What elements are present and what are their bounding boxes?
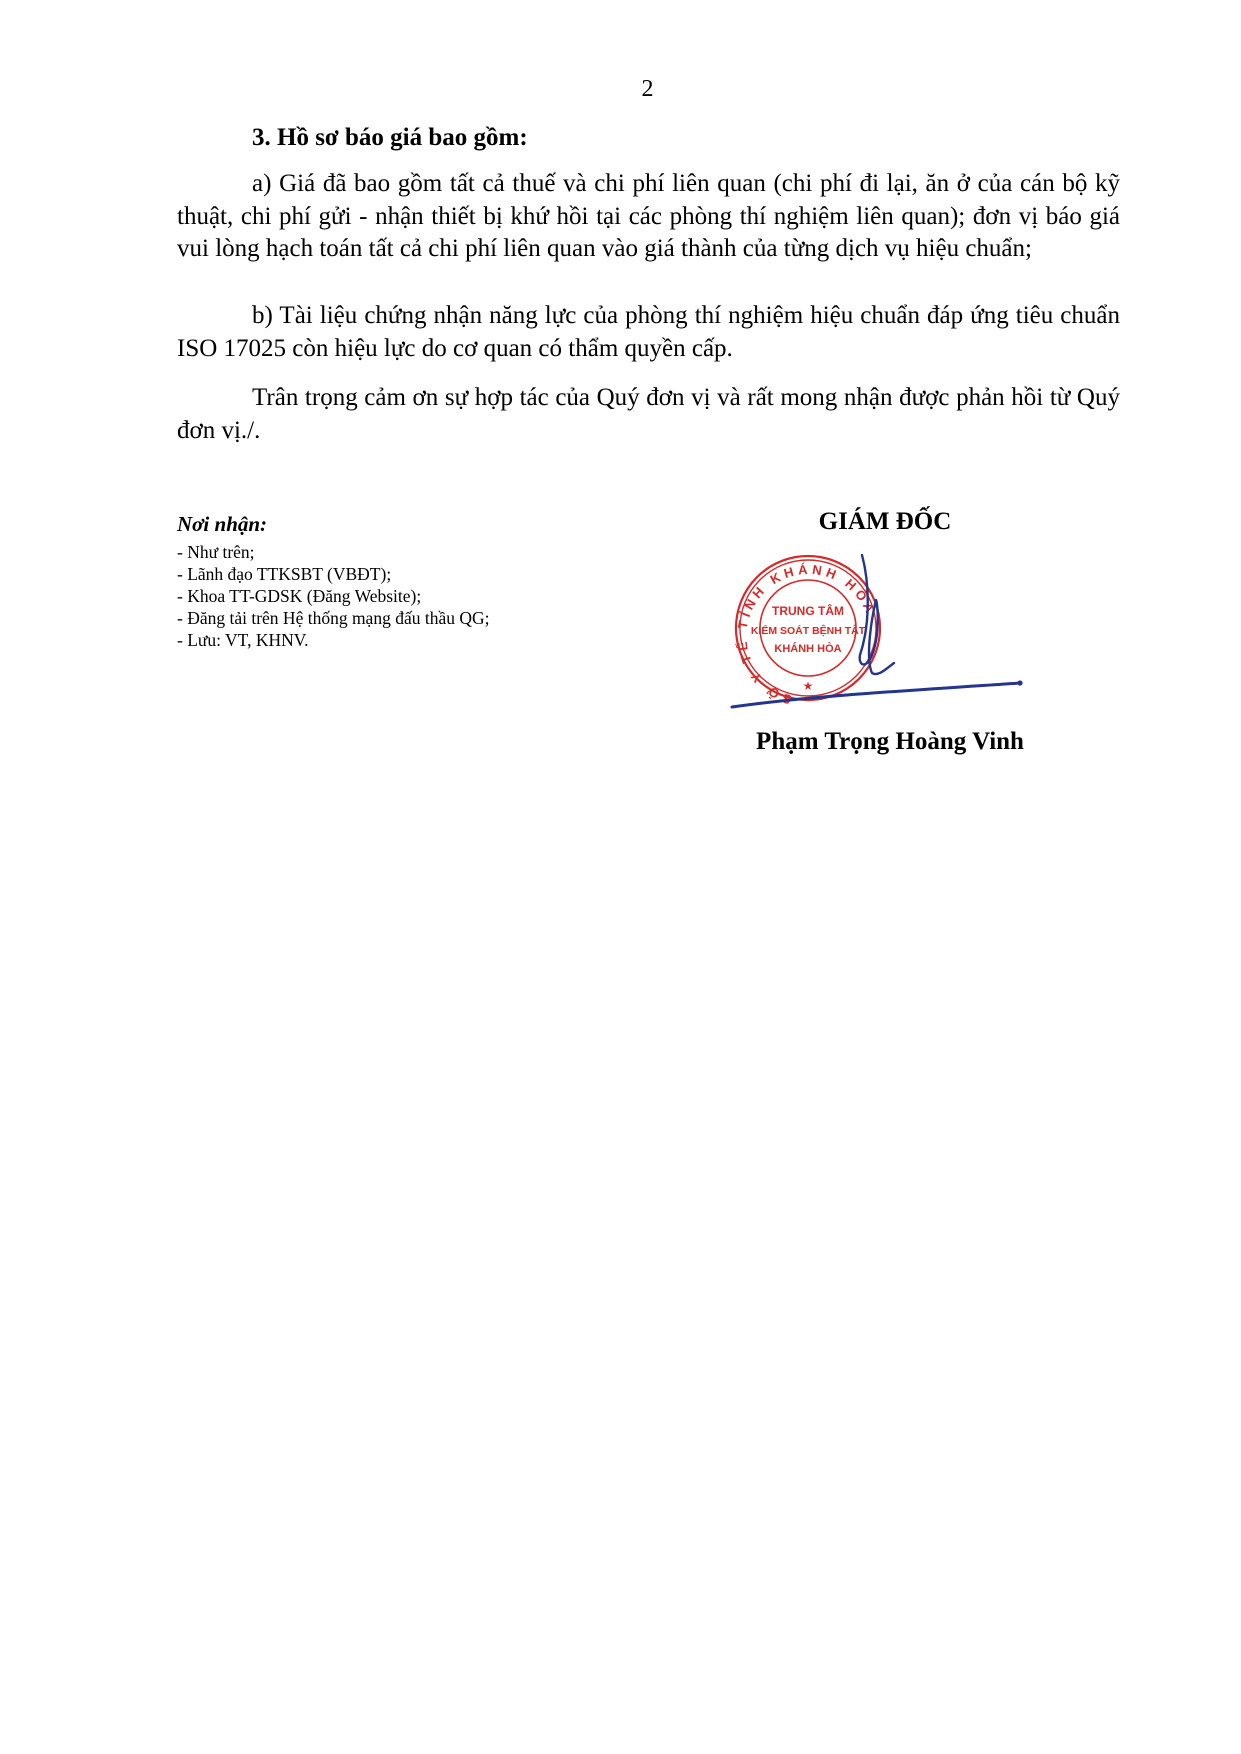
star-icon: ★ bbox=[803, 679, 814, 693]
recipient-item: - Lưu: VT, KHNV. bbox=[177, 629, 597, 651]
recipients-title: Nơi nhận: bbox=[177, 512, 597, 537]
recipients-list: - Như trên; - Lãnh đạo TTKSBT (VBĐT); - … bbox=[177, 541, 597, 651]
stamp-line-2: KIỂM SOÁT BỆNH TẬT bbox=[751, 624, 866, 637]
signer-title: GIÁM ĐỐC bbox=[780, 508, 990, 536]
paragraph-a: a) Giá đã bao gồm tất cả thuế và chi phí… bbox=[177, 168, 1120, 266]
page-number: 2 bbox=[0, 76, 1241, 103]
recipient-item: - Khoa TT-GDSK (Đăng Website); bbox=[177, 585, 597, 607]
stamp-line-1: TRUNG TÂM bbox=[772, 603, 844, 618]
recipient-item: - Lãnh đạo TTKSBT (VBĐT); bbox=[177, 563, 597, 585]
section-heading: 3. Hồ sơ báo giá bao gồm: bbox=[252, 124, 528, 152]
stamp-and-signature: SỞ Y TẾ TỈNH KHÁNH HÒA TRUNG TÂM KIỂM SO… bbox=[720, 545, 1040, 725]
recipient-item: - Đăng tải trên Hệ thống mạng đấu thầu Q… bbox=[177, 607, 597, 629]
signer-name: Phạm Trọng Hoàng Vinh bbox=[700, 728, 1080, 756]
paragraph-b: b) Tài liệu chứng nhận năng lực của phòn… bbox=[177, 300, 1120, 365]
closing-paragraph: Trân trọng cảm ơn sự hợp tác của Quý đơn… bbox=[177, 382, 1120, 447]
recipients-block: Nơi nhận: - Như trên; - Lãnh đạo TTKSBT … bbox=[177, 512, 597, 651]
official-stamp-icon: SỞ Y TẾ TỈNH KHÁNH HÒA TRUNG TÂM KIỂM SO… bbox=[734, 556, 880, 707]
recipient-item: - Như trên; bbox=[177, 541, 597, 563]
stamp-line-3: KHÁNH HÒA bbox=[774, 642, 841, 655]
